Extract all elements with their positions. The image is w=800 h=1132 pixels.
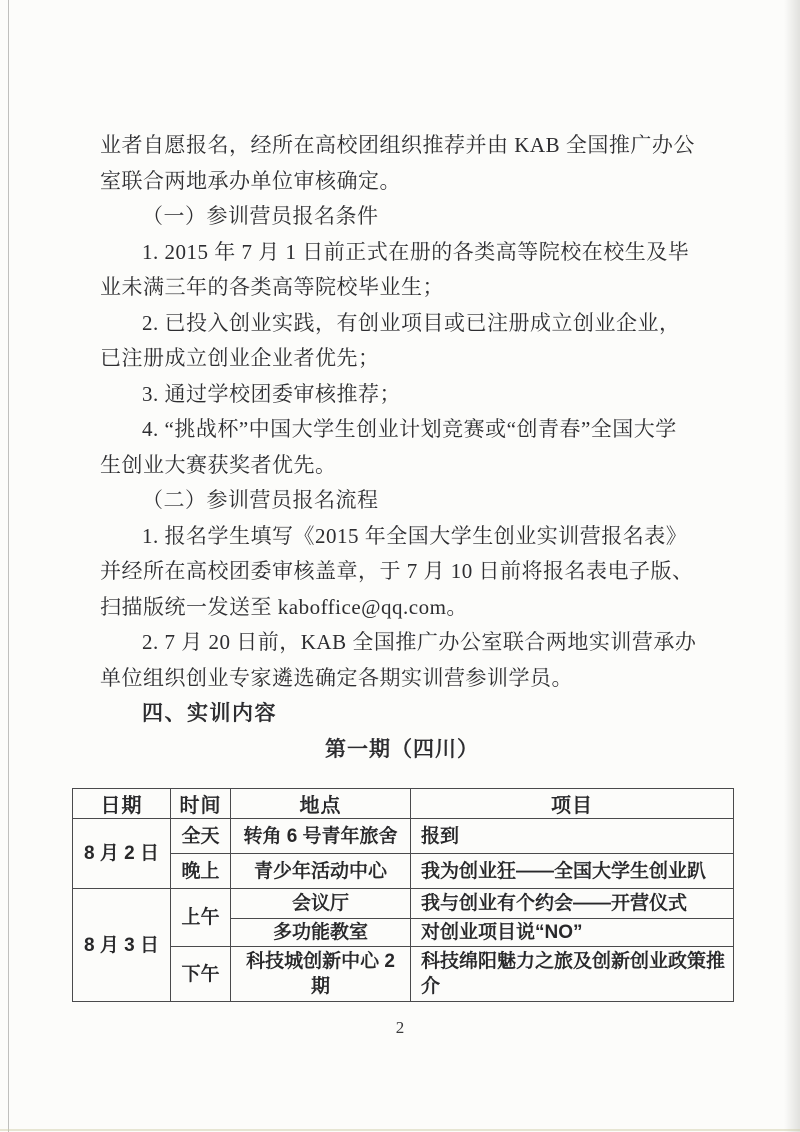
body-line: 扫描版统一发送至 kaboffice@qq.com。 [100, 590, 704, 626]
table-header-row: 日期 时间 地点 项目 [73, 789, 734, 819]
cell-item-tour: 科技绵阳魅力之旅及创新创业政策推介 [411, 947, 734, 1002]
body-line: 业者自愿报名，经所在高校团组织推荐并由 KAB 全国推广办公 [100, 128, 704, 164]
scan-edge-left [8, 0, 9, 1132]
body-line: 1. 2015 年 7 月 1 日前正式在册的各类高等院校在校生及毕 [100, 235, 704, 271]
scan-edge-bottom [0, 1129, 800, 1131]
col-header-date: 日期 [73, 789, 171, 819]
body-line: 业未满三年的各类高等院校毕业生； [100, 270, 704, 306]
cell-time-morning: 上午 [171, 889, 231, 947]
body-line: 2. 7 月 20 日前，KAB 全国推广办公室联合两地实训营承办 [100, 625, 704, 661]
cell-date-aug2: 8 月 2 日 [73, 819, 171, 889]
cell-loc-tech-center: 科技城创新中心 2 期 [231, 947, 411, 1002]
scan-edge-right [784, 0, 800, 1132]
body-line: 2. 已投入创业实践，有创业项目或已注册成立创业企业， [100, 306, 704, 342]
cell-time-evening: 晚上 [171, 854, 231, 889]
scanned-document-page: 业者自愿报名，经所在高校团组织推荐并由 KAB 全国推广办公 室联合两地承办单位… [0, 0, 800, 1132]
body-line: 4. “挑战杯”中国大学生创业计划竞赛或“创青春”全国大学 [100, 412, 704, 448]
cell-item-opening: 我与创业有个约会——开营仪式 [411, 889, 734, 919]
cell-item-no: 对创业项目说“NO” [411, 919, 734, 947]
document-body: 业者自愿报名，经所在高校团组织推荐并由 KAB 全国推广办公 室联合两地承办单位… [100, 128, 704, 1002]
table-title: 第一期（四川） [100, 732, 704, 768]
body-line: 并经所在高校团委审核盖章，于 7 月 10 日前将报名表电子版、 [100, 554, 704, 590]
col-header-item: 项目 [411, 789, 734, 819]
cell-time-afternoon: 下午 [171, 947, 231, 1002]
table-row: 8 月 2 日 全天 转角 6 号青年旅舍 报到 [73, 819, 734, 854]
cell-loc-hostel: 转角 6 号青年旅舍 [231, 819, 411, 854]
cell-loc-youth-center: 青少年活动中心 [231, 854, 411, 889]
cell-item-party: 我为创业狂——全国大学生创业趴 [411, 854, 734, 889]
section-heading: 四、实训内容 [100, 696, 704, 732]
col-header-time: 时间 [171, 789, 231, 819]
page-number: 2 [0, 1018, 800, 1038]
table-row: 晚上 青少年活动中心 我为创业狂——全国大学生创业趴 [73, 854, 734, 889]
body-line: 生创业大赛获奖者优先。 [100, 448, 704, 484]
col-header-location: 地点 [231, 789, 411, 819]
body-line: 单位组织创业专家遴选确定各期实训营参训学员。 [100, 661, 704, 697]
body-line: 室联合两地承办单位审核确定。 [100, 164, 704, 200]
schedule-table: 日期 时间 地点 项目 8 月 2 日 全天 转角 6 号青年旅舍 报到 晚上 … [72, 788, 734, 1002]
body-line: 3. 通过学校团委审核推荐； [100, 377, 704, 413]
body-line: 已注册成立创业企业者优先； [100, 341, 704, 377]
cell-loc-conference-hall: 会议厅 [231, 889, 411, 919]
body-line: 1. 报名学生填写《2015 年全国大学生创业实训营报名表》 [100, 519, 704, 555]
subsection-heading: （二）参训营员报名流程 [100, 483, 704, 519]
cell-date-aug3: 8 月 3 日 [73, 889, 171, 1002]
subsection-heading: （一）参训营员报名条件 [100, 199, 704, 235]
cell-item-checkin: 报到 [411, 819, 734, 854]
cell-loc-multi-room: 多功能教室 [231, 919, 411, 947]
table-row: 8 月 3 日 上午 会议厅 我与创业有个约会——开营仪式 [73, 889, 734, 919]
cell-time-full-day: 全天 [171, 819, 231, 854]
table-row: 下午 科技城创新中心 2 期 科技绵阳魅力之旅及创新创业政策推介 [73, 947, 734, 1002]
